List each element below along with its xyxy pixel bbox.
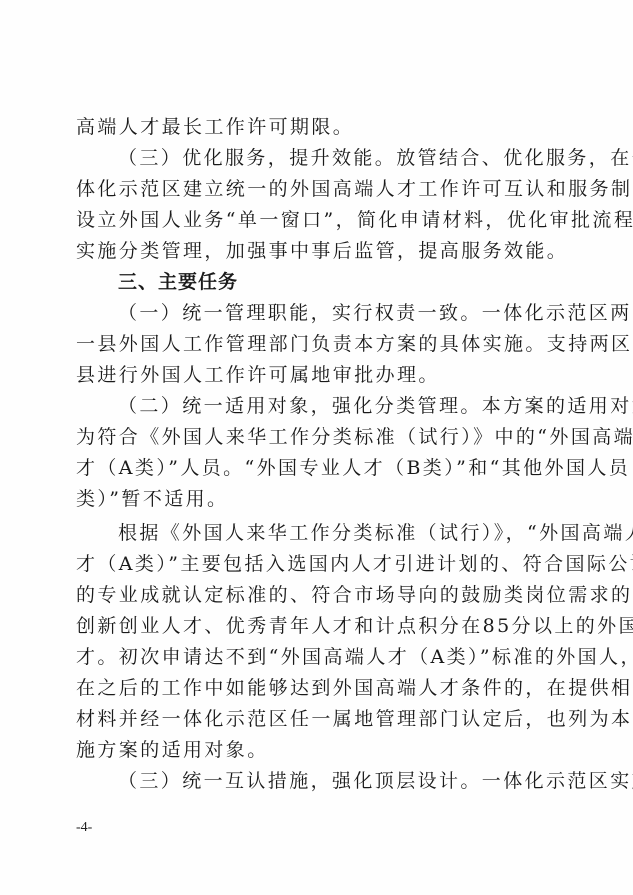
text-line: 的专业成就认定标准的、符合市场导向的鼓励类岗位需求的、 [76,582,552,608]
text-line: 才（A类）”人员。“外国专业人才（B类）”和“其他外国人员（C [76,455,552,481]
text-line: 为符合《外国人来华工作分类标准（试行）》中的“外国高端人 [76,424,552,450]
text-line: 一县外国人工作管理部门负责本方案的具体实施。支持两区一 [76,331,552,357]
text-line: 体化示范区建立统一的外国高端人才工作许可互认和服务制度， [76,176,552,202]
section-heading: 三、主要任务 [118,269,552,295]
text-line: 类）”暂不适用。 [76,486,552,512]
page-number: -4- [76,820,92,836]
text-line: 创新创业人才、优秀青年人才和计点积分在85分以上的外国人 [76,613,552,639]
document-page: 高端人才最长工作许可期限。（三）优化服务，提升效能。放管结合、优化服务，在一体化… [0,0,633,895]
text-line: 根据《外国人来华工作分类标准（试行）》，“外国高端人 [118,520,552,546]
text-line: 高端人才最长工作许可期限。 [76,114,552,140]
text-line: 才。初次申请达不到“外国高端人才（A类）”标准的外国人， [76,644,552,670]
text-line: （一）统一管理职能，实行权责一致。一体化示范区两区 [118,300,552,326]
text-line: 才（A类）”主要包括入选国内人才引进计划的、符合国际公认 [76,551,552,577]
text-line: 材料并经一体化示范区任一属地管理部门认定后，也列为本实 [76,706,552,732]
text-line: （三）统一互认措施，强化顶层设计。一体化示范区实施 [118,768,552,794]
text-line: 在之后的工作中如能够达到外国高端人才条件的，在提供相应 [76,675,552,701]
text-line: 施方案的适用对象。 [76,737,552,763]
text-line: （三）优化服务，提升效能。放管结合、优化服务，在一 [118,145,552,171]
text-line: （二）统一适用对象，强化分类管理。本方案的适用对象 [118,393,552,419]
text-line: 县进行外国人工作许可属地审批办理。 [76,362,552,388]
text-line: 实施分类管理，加强事中事后监管，提高服务效能。 [76,238,552,264]
text-line: 设立外国人业务“单一窗口”，简化申请材料，优化审批流程， [76,207,552,233]
